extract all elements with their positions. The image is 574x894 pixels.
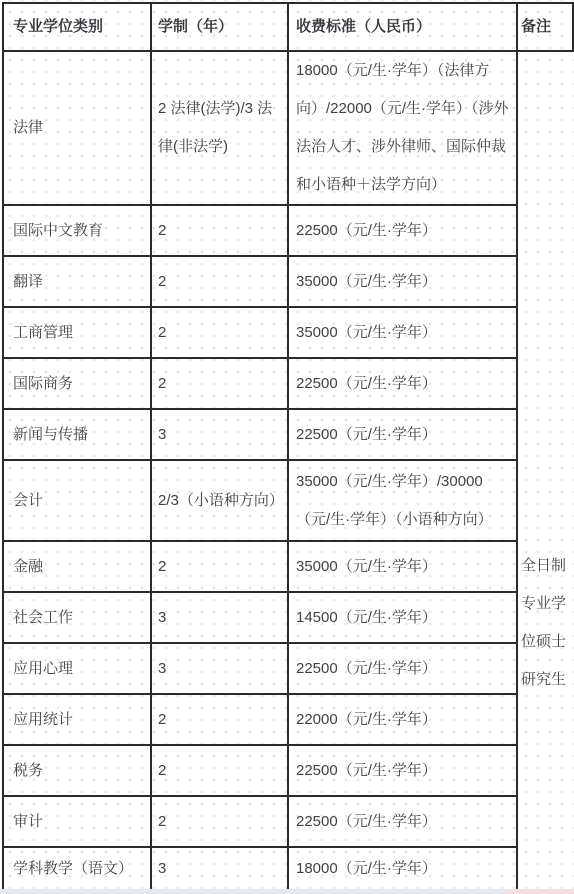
table-row: 工商管理235000（元/生·学年） xyxy=(3,307,573,358)
table-row: 应用统计222000（元/生·学年） xyxy=(3,694,573,745)
category-cell: 金融 xyxy=(3,541,151,592)
header-row: 专业学位类别 学制（年） 收费标准（人民币） 备注 xyxy=(3,3,573,51)
fee-cell: 35000（元/生·学年） xyxy=(288,256,517,307)
table-row: 新闻与传播322500（元/生·学年） xyxy=(3,409,573,460)
table-row: 社会工作314500（元/生·学年） xyxy=(3,592,573,643)
table-header: 专业学位类别 学制（年） 收费标准（人民币） 备注 xyxy=(3,3,573,51)
fee-cell: 22500（元/生·学年） xyxy=(288,745,517,796)
table-row: 翻译235000（元/生·学年） xyxy=(3,256,573,307)
duration-cell: 3 xyxy=(151,409,288,460)
duration-cell: 2 xyxy=(151,796,288,847)
duration-cell: 2 xyxy=(151,256,288,307)
bottom-strip-right xyxy=(505,889,574,894)
category-cell: 会计 xyxy=(3,460,151,541)
bottom-edge-strip xyxy=(0,889,574,894)
duration-cell: 2 xyxy=(151,694,288,745)
fee-cell: 22500（元/生·学年） xyxy=(288,358,517,409)
column-header-remark: 备注 xyxy=(517,3,573,51)
fee-cell: 22500（元/生·学年） xyxy=(288,643,517,694)
fee-cell: 18000（元/生·学年） xyxy=(288,847,517,890)
duration-cell: 2 xyxy=(151,205,288,256)
fee-cell: 22500（元/生·学年） xyxy=(288,409,517,460)
duration-cell: 2 法律(法学)/3 法律(非法学) xyxy=(151,51,288,205)
page: 专业学位类别 学制（年） 收费标准（人民币） 备注 法律2 法律(法学)/3 法… xyxy=(0,0,574,894)
category-cell: 国际中文教育 xyxy=(3,205,151,256)
table-row: 国际中文教育222500（元/生·学年） xyxy=(3,205,573,256)
fee-table-body: 法律2 法律(法学)/3 法律(非法学)18000（元/生·学年）（法律方向）/… xyxy=(3,51,573,890)
table-row: 法律2 法律(法学)/3 法律(非法学)18000（元/生·学年）（法律方向）/… xyxy=(3,51,573,205)
category-cell: 新闻与传播 xyxy=(3,409,151,460)
bottom-strip-left xyxy=(0,889,505,894)
table-row: 审计222500（元/生·学年） xyxy=(3,796,573,847)
table-row: 应用心理322500（元/生·学年） xyxy=(3,643,573,694)
fee-cell: 35000（元/生·学年） xyxy=(288,307,517,358)
table-row: 国际商务222500（元/生·学年） xyxy=(3,358,573,409)
category-cell: 应用心理 xyxy=(3,643,151,694)
fee-cell: 22500（元/生·学年） xyxy=(288,205,517,256)
fee-cell: 22000（元/生·学年） xyxy=(288,694,517,745)
duration-cell: 2 xyxy=(151,307,288,358)
duration-cell: 2 xyxy=(151,541,288,592)
category-cell: 税务 xyxy=(3,745,151,796)
fee-cell: 22500（元/生·学年） xyxy=(288,796,517,847)
column-header-fee: 收费标准（人民币） xyxy=(288,3,517,51)
duration-cell: 3 xyxy=(151,847,288,890)
category-cell: 工商管理 xyxy=(3,307,151,358)
fee-cell: 14500（元/生·学年） xyxy=(288,592,517,643)
table-row: 学科教学（语文）318000（元/生·学年） xyxy=(3,847,573,890)
fee-cell: 35000（元/生·学年）/30000（元/生·学年）（小语种方向） xyxy=(288,460,517,541)
category-cell: 学科教学（语文） xyxy=(3,847,151,890)
duration-cell: 2 xyxy=(151,745,288,796)
category-cell: 国际商务 xyxy=(3,358,151,409)
column-header-category: 专业学位类别 xyxy=(3,3,151,51)
tuition-fee-table: 专业学位类别 学制（年） 收费标准（人民币） 备注 法律2 法律(法学)/3 法… xyxy=(2,2,574,891)
duration-cell: 3 xyxy=(151,643,288,694)
duration-cell: 2 xyxy=(151,358,288,409)
category-cell: 审计 xyxy=(3,796,151,847)
table-row: 金融235000（元/生·学年） xyxy=(3,541,573,592)
table-row: 税务222500（元/生·学年） xyxy=(3,745,573,796)
table-row: 会计2/3（小语种方向）35000（元/生·学年）/30000（元/生·学年）（… xyxy=(3,460,573,541)
column-header-duration: 学制（年） xyxy=(151,3,288,51)
duration-cell: 2/3（小语种方向） xyxy=(151,460,288,541)
category-cell: 法律 xyxy=(3,51,151,205)
category-cell: 翻译 xyxy=(3,256,151,307)
duration-cell: 3 xyxy=(151,592,288,643)
category-cell: 应用统计 xyxy=(3,694,151,745)
fee-cell: 18000（元/生·学年）（法律方向）/22000（元/生·学年）（涉外法治人才… xyxy=(288,51,517,205)
fee-cell: 35000（元/生·学年） xyxy=(288,541,517,592)
category-cell: 社会工作 xyxy=(3,592,151,643)
remark-cell: 全日制专业学位硕士研究生 xyxy=(517,51,573,890)
